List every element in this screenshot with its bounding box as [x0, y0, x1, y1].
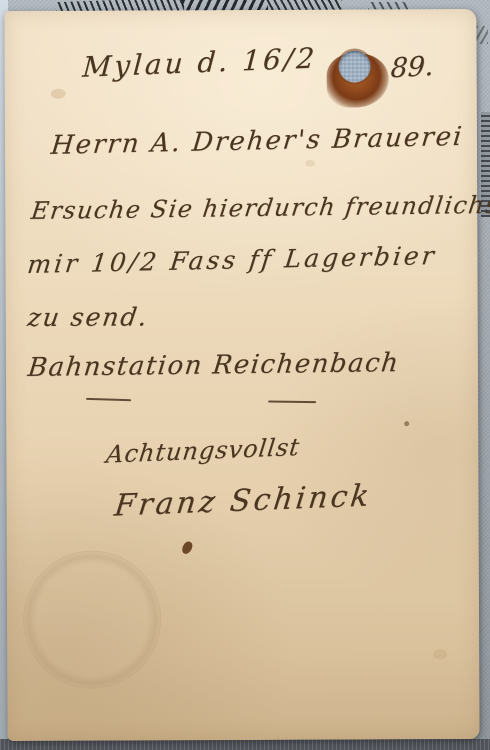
handwriting-body-line-3: zu send. [26, 302, 151, 332]
punch-hole [339, 50, 371, 82]
fabric-right-corner-weave [476, 26, 488, 44]
ink-blot [180, 540, 194, 556]
handwriting-closing-line: Achtungsvollst [105, 433, 302, 469]
foxing-spot [51, 89, 66, 99]
foxing-spot [305, 160, 315, 167]
handwriting-date-year: 89. [390, 51, 434, 85]
photo-background: Mylau d. 16/2 89. Herrn A. Dreher's Brau… [0, 0, 490, 750]
water-ring-stain [23, 550, 162, 689]
postcard: Mylau d. 16/2 89. Herrn A. Dreher's Brau… [4, 9, 479, 741]
underline-mark-reichenbach [268, 400, 316, 403]
handwriting-date-place: Mylau d. 16/2 [82, 41, 319, 83]
foxing-spot [433, 649, 447, 659]
handwriting-recipient-line: Herrn A. Dreher's Brauerei [49, 122, 464, 161]
handwriting-station-line: Bahnstation Reichenbach [26, 348, 401, 383]
handwriting-signature: Franz Schinck [112, 478, 373, 523]
handwriting-body-line-2: mir 10/2 Fass ff Lagerbier [26, 241, 439, 279]
handwriting-body-line-1: Ersuche Sie hierdurch freundlichst [29, 191, 490, 225]
underline-mark-station [86, 398, 131, 401]
ink-speck [404, 421, 409, 426]
